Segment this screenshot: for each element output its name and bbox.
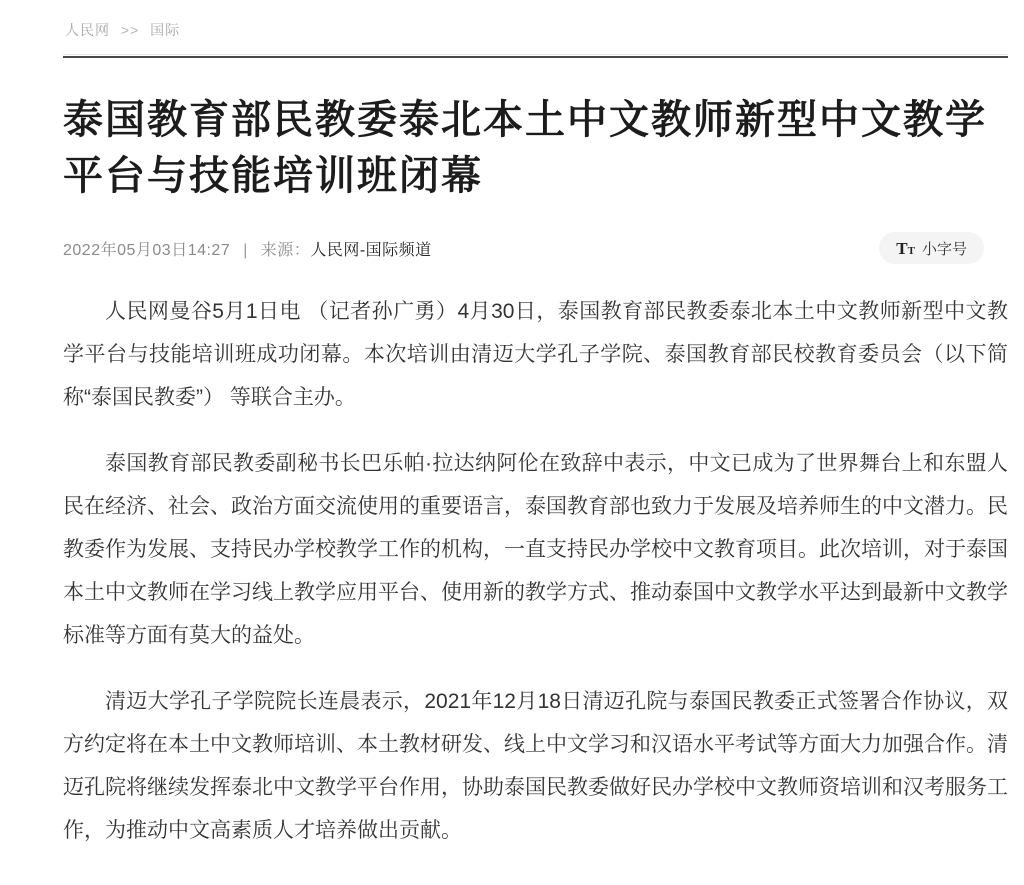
font-size-icon-small-t: T	[908, 246, 915, 257]
meta-separator: |	[243, 242, 248, 259]
font-size-button-label: 小字号	[922, 238, 967, 259]
article-paragraph-1: 人民网曼谷5月1日电 （记者孙广勇）4月30日，泰国教育部民教委泰北本土中文教师…	[63, 290, 1008, 419]
source-label: 来源：	[261, 242, 311, 259]
article-paragraph-3: 清迈大学孔子学院院长连晨表示，2021年12月18日清迈孔院与泰国民教委正式签署…	[63, 680, 1008, 852]
article-meta-row: 2022年05月03日14:27 | 来源：人民网-国际频道 TT 小字号	[63, 232, 1008, 264]
breadcrumb-section-link[interactable]: 国际	[150, 22, 180, 38]
article-page: 人民网 >> 国际 泰国教育部民教委泰北本土中文教师新型中文教学平台与技能培训班…	[0, 0, 1024, 885]
article-paragraph-2: 泰国教育部民教委副秘书长巴乐帕·拉达纳阿伦在致辞中表示，中文已成为了世界舞台上和…	[63, 442, 1008, 657]
article-meta: 2022年05月03日14:27 | 来源：人民网-国际频道	[63, 237, 432, 260]
article-body: 人民网曼谷5月1日电 （记者孙广勇）4月30日，泰国教育部民教委泰北本土中文教师…	[63, 290, 1008, 852]
source-link[interactable]: 人民网-国际频道	[310, 242, 431, 259]
font-size-button[interactable]: TT 小字号	[879, 232, 984, 264]
publish-date: 2022年05月03日14:27	[63, 242, 230, 259]
article-title: 泰国教育部民教委泰北本土中文教师新型中文教学平台与技能培训班闭幕	[63, 92, 1008, 204]
breadcrumb-separator: >>	[121, 22, 139, 38]
divider-dark	[63, 56, 1008, 58]
font-size-icon: TT	[896, 240, 915, 257]
breadcrumb: 人民网 >> 国际	[63, 12, 1008, 54]
font-size-icon-large-t: T	[896, 240, 907, 257]
breadcrumb-site-link[interactable]: 人民网	[65, 22, 110, 38]
